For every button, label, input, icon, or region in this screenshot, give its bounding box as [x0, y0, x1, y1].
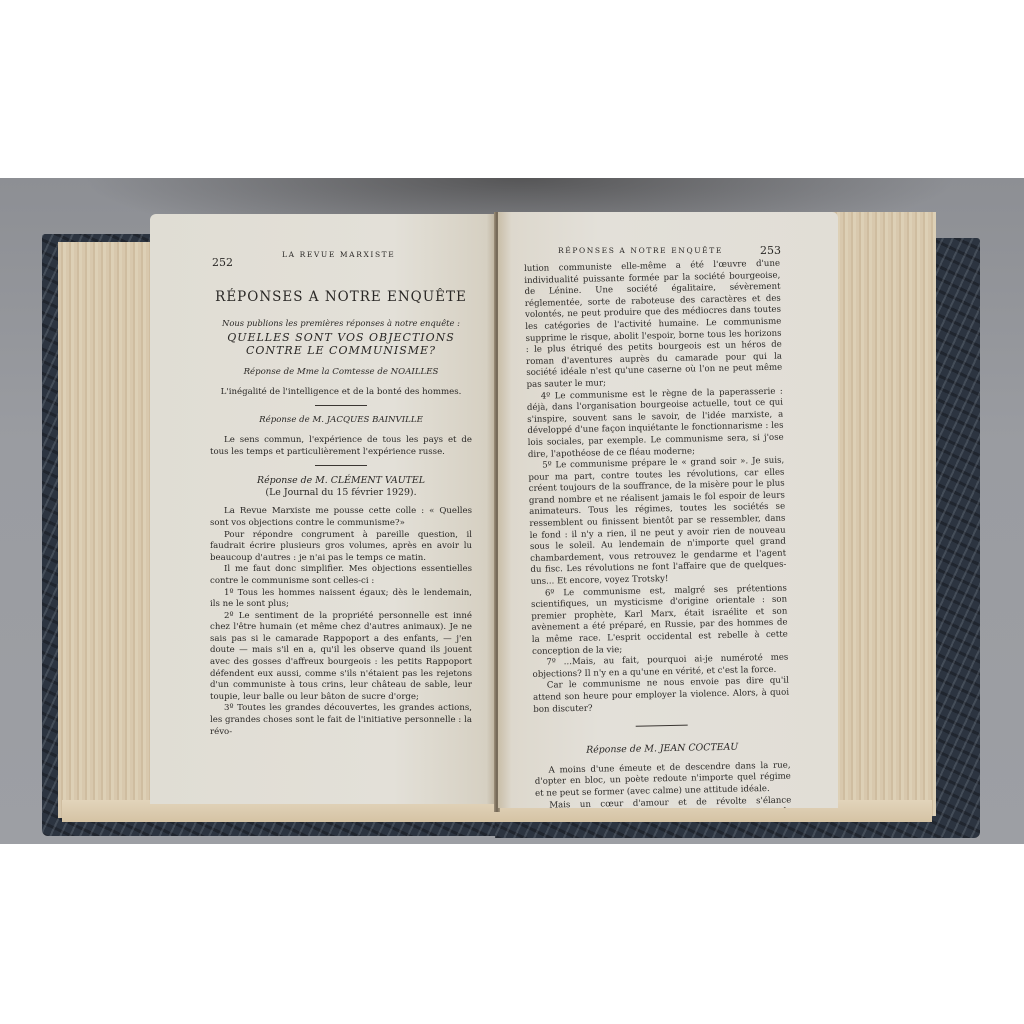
- right-page-body: lution communiste elle-même a été l'œuvr…: [524, 259, 792, 808]
- page-block-right: [832, 212, 936, 816]
- paragraph: lution communiste elle-même a été l'œuvr…: [524, 259, 783, 392]
- running-head: LA REVUE MARXISTE: [282, 250, 395, 259]
- page-number: 252: [212, 256, 233, 269]
- paragraph: 2º Le sentiment de la propriété personne…: [210, 611, 472, 704]
- article-title: RÉPONSES A NOTRE ENQUÊTE: [210, 292, 472, 304]
- response-source: (Le Journal du 15 février 1929).: [210, 487, 472, 499]
- paragraph: 1º Tous les hommes naissent égaux; dès l…: [210, 588, 472, 611]
- intro-text: Nous publions les premières réponses à n…: [210, 318, 472, 330]
- page-block-left: [58, 242, 158, 818]
- page-number: 253: [760, 244, 781, 257]
- response-text: Le sens commun, l'expérience de tous les…: [210, 435, 472, 458]
- section-rule: [315, 405, 367, 406]
- paragraph: La Revue Marxiste me pousse cette colle …: [210, 506, 472, 529]
- left-page-body: RÉPONSES A NOTRE ENQUÊTE Nous publions l…: [210, 288, 472, 738]
- paragraph: 4º Le communisme est le règne de la pape…: [527, 386, 784, 461]
- paragraph: Il me faut donc simplifier. Mes objectio…: [210, 564, 472, 587]
- section-rule: [636, 725, 688, 727]
- response-heading: Réponse de Mme la Comtesse de NOAILLES: [210, 367, 472, 379]
- paragraph: 6º Le communisme est, malgré ses prétent…: [531, 583, 788, 658]
- right-page: RÉPONSES A NOTRE ENQUÊTE 253 lution comm…: [498, 212, 838, 808]
- paragraph: 3º Toutes les grandes découvertes, les g…: [210, 703, 472, 738]
- left-page: 252 LA REVUE MARXISTE RÉPONSES A NOTRE E…: [150, 214, 497, 804]
- paragraph: Car le communisme ne nous envoie pas dir…: [533, 676, 790, 716]
- running-head: RÉPONSES A NOTRE ENQUÊTE: [558, 246, 723, 255]
- survey-question: QUELLES SONT VOS OBJECTIONS CONTRE LE CO…: [210, 331, 472, 357]
- response-text: L'inégalité de l'intelligence et de la b…: [210, 387, 472, 399]
- response-heading: Réponse de M. JACQUES BAINVILLE: [210, 415, 472, 427]
- paragraph: A moins d'une émeute et de descendre dan…: [535, 760, 792, 800]
- paragraph: Pour répondre congrument à pareille ques…: [210, 530, 472, 565]
- response-heading: Réponse de M. CLÉMENT VAUTEL: [210, 475, 472, 487]
- paragraph: 5º Le communisme prépare le « grand soir…: [528, 456, 787, 589]
- section-rule: [315, 465, 367, 466]
